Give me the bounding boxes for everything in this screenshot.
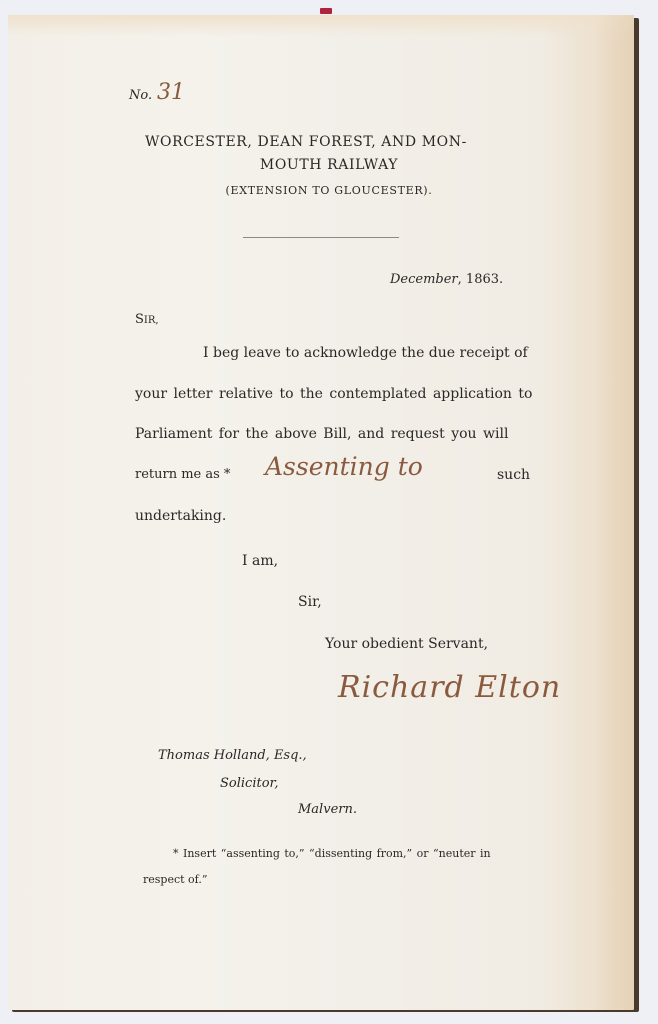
footnote-line-1: * Insert “assenting to,” “dissenting fro… [173,847,491,860]
body-line-3: Parliament for the above Bill, and reque… [135,426,508,442]
body-line-4-suffix: such [497,467,530,483]
body-line-5: undertaking. [135,508,226,524]
body-line-4-prefix: return me as * [135,467,230,482]
salutation: SIR, [135,312,159,327]
closing-i-am: I am, [242,553,278,569]
date-year: , 1863. [458,272,503,287]
date: December, 1863. [390,272,503,287]
body-line-1: I beg leave to acknowledge the due recei… [203,345,528,361]
title-line-1: WORCESTER, DEAN FOREST, AND MON- [145,134,467,150]
handwritten-response: Assenting to [265,452,423,481]
number-value-handwritten: 31 [157,80,185,105]
addressee-role: Solicitor, [220,776,278,791]
date-month: December [390,272,458,287]
body-line-2: your letter relative to the contemplated… [135,386,532,402]
closing-servant: Your obedient Servant, [325,636,488,652]
title-line-2: MOUTH RAILWAY [0,157,658,173]
addressee-place: Malvern. [298,802,357,817]
salutation-initial: S [135,312,144,327]
signature: Richard Elton [338,670,561,705]
number-label: No. [129,88,152,103]
ribbon-marker [320,8,332,14]
footnote-line-2: respect of.” [143,873,207,886]
salutation-rest: IR, [144,315,159,326]
subtitle: (EXTENSION TO GLOUCESTER). [0,184,658,197]
closing-sir: Sir, [298,594,322,610]
divider-rule [243,237,399,238]
addressee-name: Thomas Holland, Esq., [158,748,307,763]
